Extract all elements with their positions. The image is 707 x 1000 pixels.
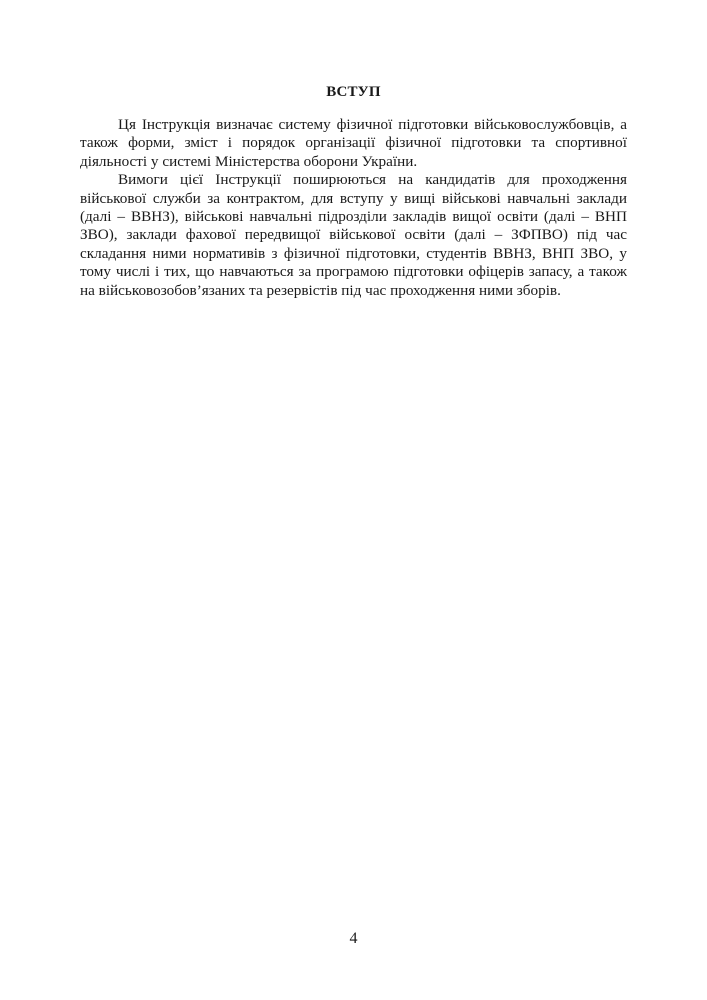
paragraph-1: Ця Інструкція визначає систему фізичної … <box>80 116 627 171</box>
body-text: Ця Інструкція визначає систему фізичної … <box>80 116 627 300</box>
document-page: ВСТУП Ця Інструкція визначає систему фіз… <box>0 0 707 1000</box>
section-title: ВСТУП <box>0 84 707 101</box>
paragraph-2: Вимоги цієї Інструкції поширюються на ка… <box>80 171 627 300</box>
page-number: 4 <box>0 930 707 948</box>
